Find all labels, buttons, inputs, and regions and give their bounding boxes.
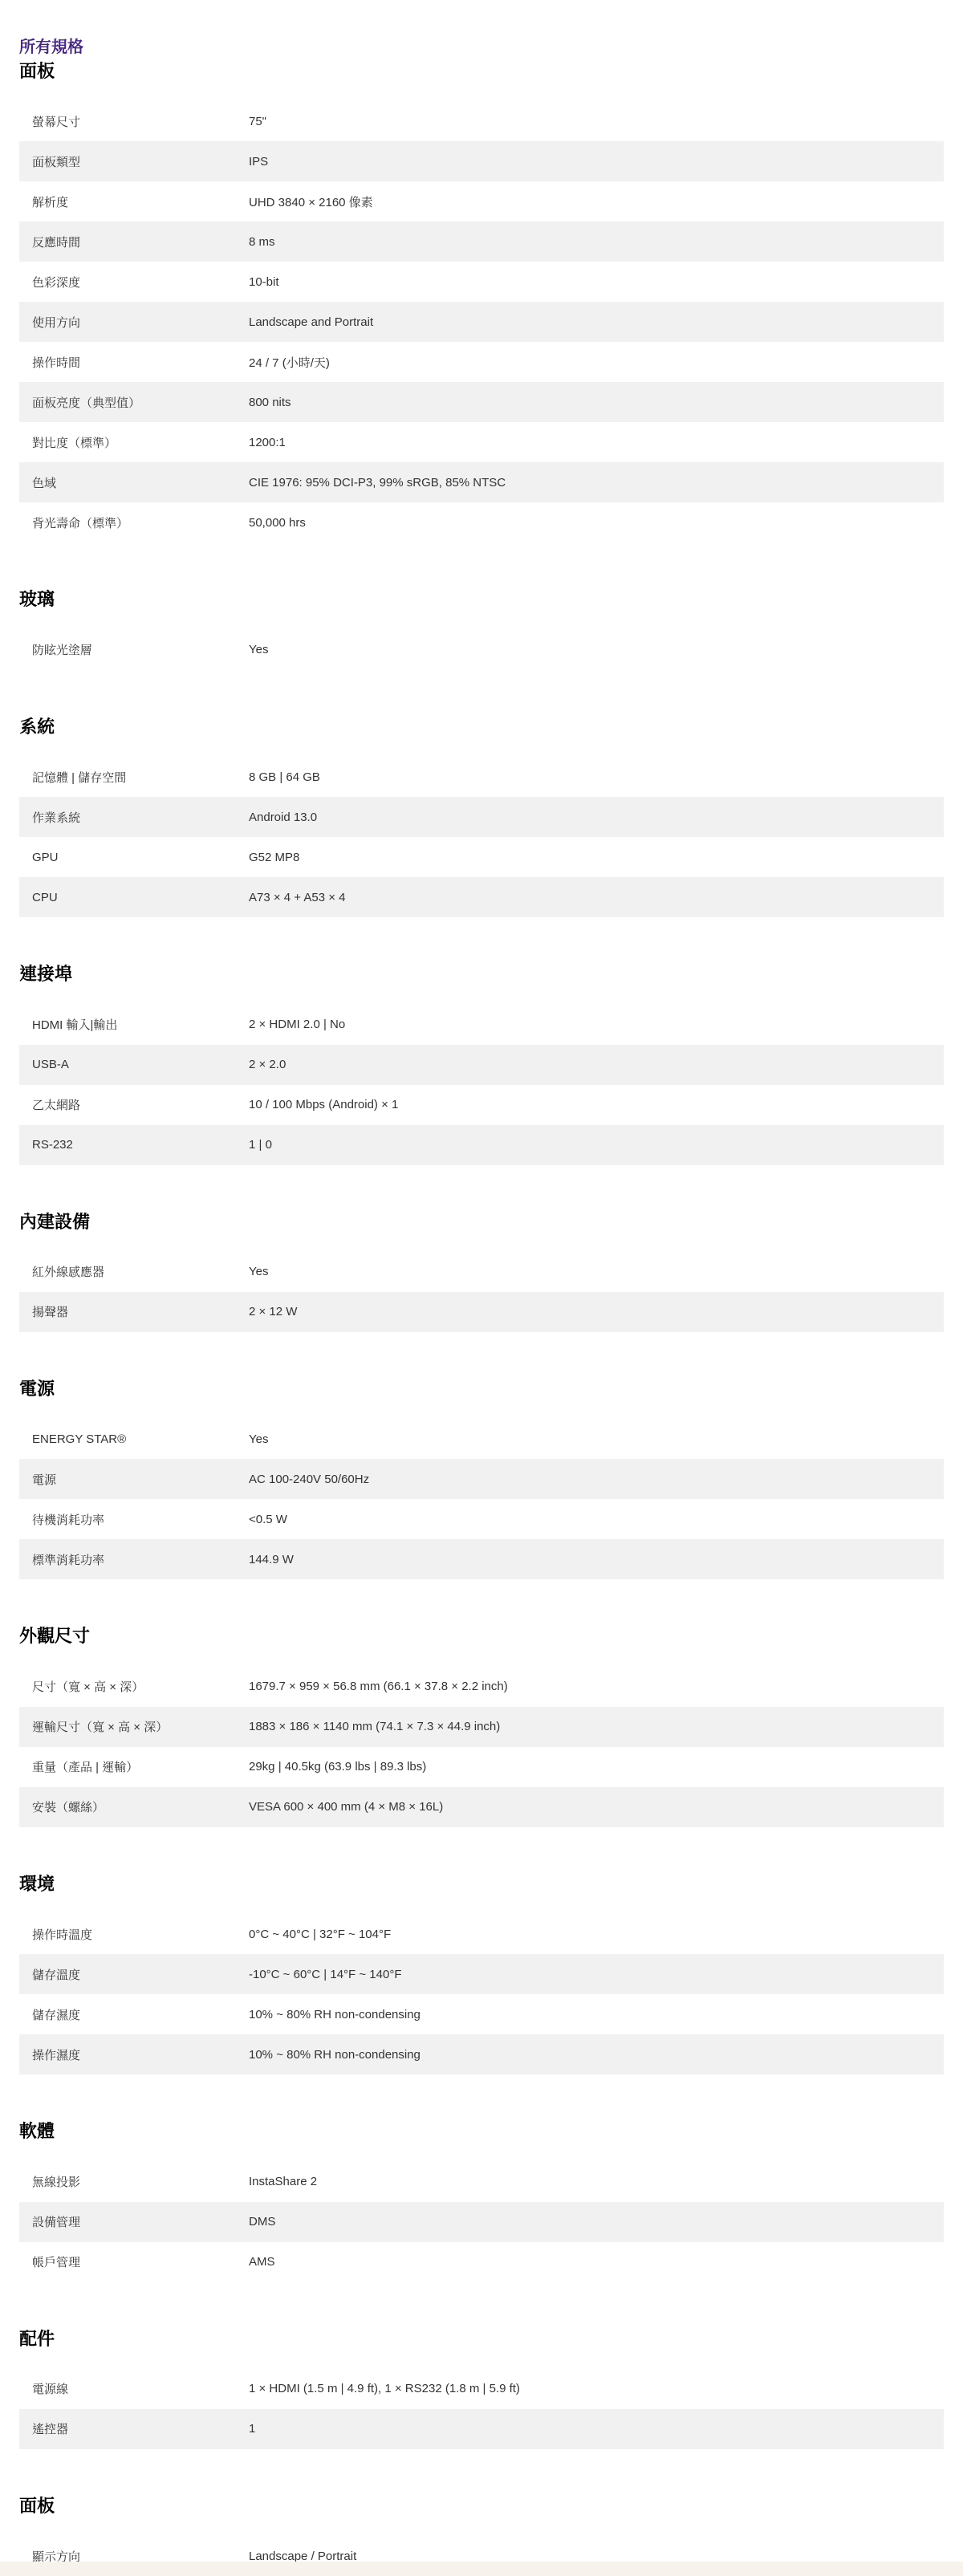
- spec-row: 作業系統 Android 13.0: [19, 797, 944, 837]
- spec-row: 對比度（標準） 1200:1: [19, 422, 944, 462]
- spec-value: 2 × HDMI 2.0 | No: [249, 1018, 944, 1031]
- spec-value: UHD 3840 × 2160 像素: [249, 193, 944, 210]
- spec-label: 運輸尺寸（寬 × 高 × 深）: [19, 1718, 249, 1735]
- spec-label: 作業系統: [19, 809, 249, 826]
- spec-row: 色域 CIE 1976: 95% DCI-P3, 99% sRGB, 85% N…: [19, 462, 944, 502]
- spec-row: 運輸尺寸（寬 × 高 × 深） 1883 × 186 × 1140 mm (74…: [19, 1707, 944, 1747]
- spec-row: 設備管理 DMS: [19, 2202, 944, 2242]
- spec-section: 環境 操作時溫度 0°C ~ 40°C | 32°F ~ 104°F 儲存溫度 …: [19, 1874, 944, 2074]
- spec-sections: 面板 螢幕尺寸 75" 面板類型 IPS 解析度 UHD 3840 × 2160…: [19, 61, 944, 2576]
- spec-label: 紅外線感應器: [19, 1263, 249, 1280]
- spec-label: 面板亮度（典型值）: [19, 394, 249, 411]
- spec-label: 背光壽命（標準）: [19, 514, 249, 531]
- section-title: 連接埠: [19, 964, 944, 985]
- spec-label: 操作濕度: [19, 2046, 249, 2063]
- spec-row: 標準消耗功率 144.9 W: [19, 1539, 944, 1579]
- spec-value: G52 MP8: [249, 851, 944, 864]
- section-rows: 記憶體 | 儲存空間 8 GB | 64 GB 作業系統 Android 13.…: [19, 757, 944, 917]
- spec-value: IPS: [249, 155, 944, 169]
- spec-value: CIE 1976: 95% DCI-P3, 99% sRGB, 85% NTSC: [249, 476, 944, 490]
- spec-value: 1883 × 186 × 1140 mm (74.1 × 7.3 × 44.9 …: [249, 1720, 944, 1733]
- section-rows: 螢幕尺寸 75" 面板類型 IPS 解析度 UHD 3840 × 2160 像素…: [19, 101, 944, 542]
- spec-label: 面板類型: [19, 153, 249, 170]
- spec-row: 紅外線感應器 Yes: [19, 1252, 944, 1292]
- spec-label: 對比度（標準）: [19, 434, 249, 451]
- section-rows: 尺寸（寬 × 高 × 深） 1679.7 × 959 × 56.8 mm (66…: [19, 1667, 944, 1827]
- spec-value: 2 × 2.0: [249, 1058, 944, 1071]
- section-title: 玻璃: [19, 589, 944, 610]
- spec-label: 乙太網路: [19, 1096, 249, 1113]
- spec-row: 反應時間 8 ms: [19, 221, 944, 262]
- spec-row: 尺寸（寬 × 高 × 深） 1679.7 × 959 × 56.8 mm (66…: [19, 1667, 944, 1707]
- spec-value: -10°C ~ 60°C | 14°F ~ 140°F: [249, 1968, 944, 1981]
- spec-row: USB-A 2 × 2.0: [19, 1045, 944, 1085]
- spec-value: 1: [249, 2422, 944, 2436]
- spec-row: ENERGY STAR® Yes: [19, 1419, 944, 1459]
- spec-value: 0°C ~ 40°C | 32°F ~ 104°F: [249, 1928, 944, 1941]
- section-rows: 紅外線感應器 Yes 揚聲器 2 × 12 W: [19, 1252, 944, 1332]
- spec-row: 操作濕度 10% ~ 80% RH non-condensing: [19, 2034, 944, 2074]
- section-title: 環境: [19, 1874, 944, 1895]
- section-title: 軟體: [19, 2121, 944, 2142]
- section-title: 內建設備: [19, 1212, 944, 1233]
- spec-value: Yes: [249, 1432, 944, 1446]
- spec-value: <0.5 W: [249, 1513, 944, 1526]
- spec-value: A73 × 4 + A53 × 4: [249, 891, 944, 904]
- spec-label: 無線投影: [19, 2173, 249, 2190]
- spec-row: 安裝（螺絲） VESA 600 × 400 mm (4 × M8 × 16L): [19, 1787, 944, 1827]
- spec-row: RS-232 1 | 0: [19, 1125, 944, 1165]
- spec-label: 儲存溫度: [19, 1966, 249, 1983]
- spec-row: 無線投影 InstaShare 2: [19, 2162, 944, 2202]
- spec-value: 10-bit: [249, 275, 944, 289]
- section-rows: 無線投影 InstaShare 2 設備管理 DMS 帳戶管理 AMS: [19, 2162, 944, 2282]
- spec-section: 外觀尺寸 尺寸（寬 × 高 × 深） 1679.7 × 959 × 56.8 m…: [19, 1626, 944, 1826]
- section-rows: 防眩光塗層 Yes: [19, 630, 944, 670]
- section-title: 系統: [19, 717, 944, 737]
- spec-value: 10 / 100 Mbps (Android) × 1: [249, 1098, 944, 1111]
- spec-row: 面板類型 IPS: [19, 141, 944, 181]
- section-title: 電源: [19, 1379, 944, 1400]
- spec-row: 操作時溫度 0°C ~ 40°C | 32°F ~ 104°F: [19, 1914, 944, 1954]
- spec-label: 電源線: [19, 2380, 249, 2397]
- spec-row: 防眩光塗層 Yes: [19, 630, 944, 670]
- spec-label: 儲存濕度: [19, 2006, 249, 2023]
- spec-label: 色域: [19, 474, 249, 491]
- spec-row: HDMI 輸入|輸出 2 × HDMI 2.0 | No: [19, 1005, 944, 1045]
- spec-value: Landscape / Portrait: [249, 2550, 944, 2563]
- footer-strip: [0, 2562, 963, 2576]
- spec-label: 反應時間: [19, 234, 249, 250]
- spec-label: 色彩深度: [19, 274, 249, 291]
- spec-value: 50,000 hrs: [249, 516, 944, 530]
- spec-label: 防眩光塗層: [19, 641, 249, 658]
- spec-label: 尺寸（寬 × 高 × 深）: [19, 1678, 249, 1695]
- spec-value: 800 nits: [249, 396, 944, 409]
- spec-label: ENERGY STAR®: [19, 1432, 249, 1446]
- spec-value: 10% ~ 80% RH non-condensing: [249, 2048, 944, 2062]
- spec-label: 安裝（螺絲）: [19, 1798, 249, 1815]
- spec-section: 電源 ENERGY STAR® Yes 電源 AC 100-240V 50/60…: [19, 1379, 944, 1579]
- spec-value: Yes: [249, 643, 944, 656]
- spec-label: 設備管理: [19, 2213, 249, 2230]
- section-title: 配件: [19, 2329, 944, 2350]
- spec-label: 帳戶管理: [19, 2253, 249, 2270]
- spec-value: 1 | 0: [249, 1138, 944, 1152]
- spec-section: 連接埠 HDMI 輸入|輸出 2 × HDMI 2.0 | No USB-A 2…: [19, 964, 944, 1164]
- section-title: 面板: [19, 2496, 944, 2517]
- spec-row: 色彩深度 10-bit: [19, 262, 944, 302]
- spec-row: 使用方向 Landscape and Portrait: [19, 302, 944, 342]
- spec-value: 144.9 W: [249, 1553, 944, 1566]
- spec-label: USB-A: [19, 1058, 249, 1071]
- spec-value: 29kg | 40.5kg (63.9 lbs | 89.3 lbs): [249, 1760, 944, 1774]
- spec-section: 系統 記憶體 | 儲存空間 8 GB | 64 GB 作業系統 Android …: [19, 717, 944, 917]
- spec-value: 1 × HDMI (1.5 m | 4.9 ft), 1 × RS232 (1.…: [249, 2382, 944, 2395]
- spec-label: 記憶體 | 儲存空間: [19, 769, 249, 786]
- spec-section: 軟體 無線投影 InstaShare 2 設備管理 DMS 帳戶管理 AMS: [19, 2121, 944, 2281]
- section-title: 面板: [19, 61, 944, 82]
- spec-label: CPU: [19, 891, 249, 904]
- spec-row: GPU G52 MP8: [19, 837, 944, 877]
- section-title: 外觀尺寸: [19, 1626, 944, 1647]
- section-rows: 操作時溫度 0°C ~ 40°C | 32°F ~ 104°F 儲存溫度 -10…: [19, 1914, 944, 2074]
- spec-value: Android 13.0: [249, 811, 944, 824]
- spec-value: DMS: [249, 2215, 944, 2229]
- spec-value: 10% ~ 80% RH non-condensing: [249, 2008, 944, 2021]
- spec-label: 標準消耗功率: [19, 1551, 249, 1568]
- spec-value: 8 ms: [249, 235, 944, 249]
- spec-row: 面板亮度（典型值） 800 nits: [19, 382, 944, 422]
- spec-label: 電源: [19, 1471, 249, 1488]
- spec-label: 解析度: [19, 193, 249, 210]
- spec-label: RS-232: [19, 1138, 249, 1152]
- spec-value: 1200:1: [249, 436, 944, 449]
- spec-row: 待機消耗功率 <0.5 W: [19, 1499, 944, 1539]
- spec-row: 記憶體 | 儲存空間 8 GB | 64 GB: [19, 757, 944, 797]
- spec-value: Yes: [249, 1265, 944, 1278]
- spec-row: 操作時間 24 / 7 (小時/天): [19, 342, 944, 382]
- spec-section: 面板 螢幕尺寸 75" 面板類型 IPS 解析度 UHD 3840 × 2160…: [19, 61, 944, 542]
- spec-label: HDMI 輸入|輸出: [19, 1016, 249, 1033]
- spec-value: 24 / 7 (小時/天): [249, 354, 944, 371]
- spec-label: 揚聲器: [19, 1303, 249, 1320]
- spec-row: 揚聲器 2 × 12 W: [19, 1292, 944, 1332]
- spec-value: 75": [249, 115, 944, 128]
- spec-label: 螢幕尺寸: [19, 113, 249, 130]
- spec-label: 重量（產品 | 運輸）: [19, 1758, 249, 1775]
- spec-row: CPU A73 × 4 + A53 × 4: [19, 877, 944, 917]
- spec-row: 重量（產品 | 運輸） 29kg | 40.5kg (63.9 lbs | 89…: [19, 1747, 944, 1787]
- spec-row: 螢幕尺寸 75": [19, 101, 944, 141]
- section-rows: 電源線 1 × HDMI (1.5 m | 4.9 ft), 1 × RS232…: [19, 2369, 944, 2449]
- spec-row: 解析度 UHD 3840 × 2160 像素: [19, 181, 944, 221]
- page-title: 所有規格: [19, 37, 944, 58]
- spec-page: 所有規格 面板 螢幕尺寸 75" 面板類型 IPS 解析度 UHD 3840 ×…: [0, 0, 963, 2576]
- spec-value: 2 × 12 W: [249, 1305, 944, 1318]
- spec-label: GPU: [19, 851, 249, 864]
- spec-value: AMS: [249, 2255, 944, 2269]
- spec-label: 操作時間: [19, 354, 249, 371]
- spec-value: 8 GB | 64 GB: [249, 770, 944, 784]
- spec-value: InstaShare 2: [249, 2175, 944, 2188]
- spec-value: AC 100-240V 50/60Hz: [249, 1473, 944, 1486]
- spec-label: 遙控器: [19, 2420, 249, 2437]
- spec-row: 遙控器 1: [19, 2409, 944, 2449]
- section-rows: ENERGY STAR® Yes 電源 AC 100-240V 50/60Hz …: [19, 1419, 944, 1579]
- spec-value: VESA 600 × 400 mm (4 × M8 × 16L): [249, 1800, 944, 1814]
- spec-row: 電源 AC 100-240V 50/60Hz: [19, 1459, 944, 1499]
- spec-value: Landscape and Portrait: [249, 315, 944, 329]
- spec-section: 內建設備 紅外線感應器 Yes 揚聲器 2 × 12 W: [19, 1212, 944, 1332]
- spec-label: 待機消耗功率: [19, 1511, 249, 1528]
- section-rows: HDMI 輸入|輸出 2 × HDMI 2.0 | No USB-A 2 × 2…: [19, 1005, 944, 1165]
- spec-section: 玻璃 防眩光塗層 Yes: [19, 589, 944, 669]
- spec-row: 背光壽命（標準） 50,000 hrs: [19, 502, 944, 542]
- spec-row: 儲存濕度 10% ~ 80% RH non-condensing: [19, 1994, 944, 2034]
- spec-row: 乙太網路 10 / 100 Mbps (Android) × 1: [19, 1085, 944, 1125]
- spec-row: 帳戶管理 AMS: [19, 2242, 944, 2282]
- spec-label: 使用方向: [19, 314, 249, 331]
- spec-row: 儲存溫度 -10°C ~ 60°C | 14°F ~ 140°F: [19, 1954, 944, 1994]
- spec-section: 配件 電源線 1 × HDMI (1.5 m | 4.9 ft), 1 × RS…: [19, 2329, 944, 2449]
- spec-row: 電源線 1 × HDMI (1.5 m | 4.9 ft), 1 × RS232…: [19, 2369, 944, 2409]
- spec-value: 1679.7 × 959 × 56.8 mm (66.1 × 37.8 × 2.…: [249, 1680, 944, 1693]
- spec-label: 操作時溫度: [19, 1926, 249, 1943]
